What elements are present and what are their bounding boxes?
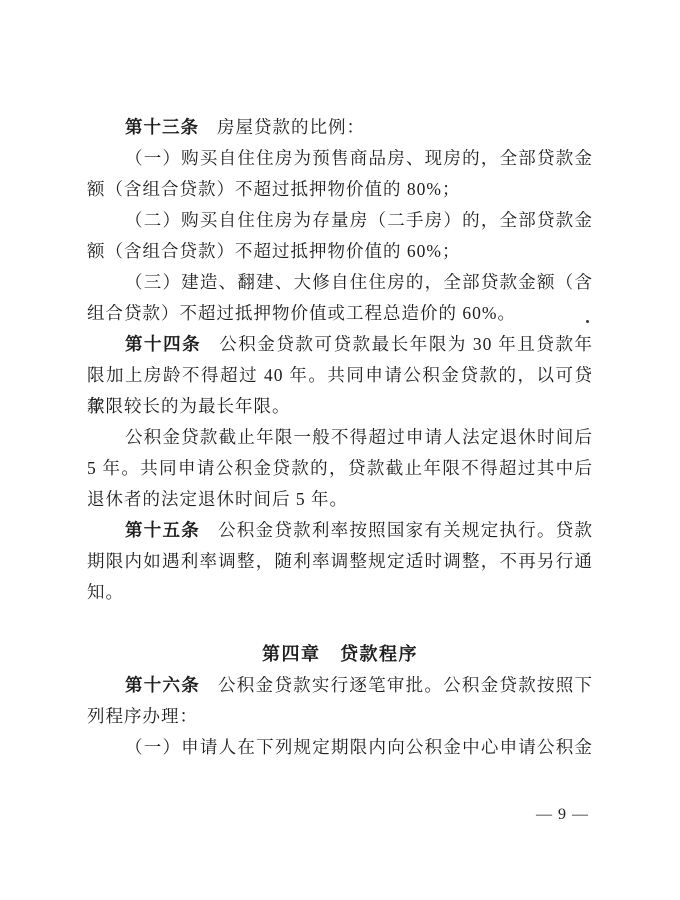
text-line: 期限内如遇利率调整，随利率调整规定适时调整，不再另行通 (87, 546, 593, 577)
line-text: 5 年。共同申请公积金贷款的，贷款截止年限不得超过其中后 (87, 458, 593, 478)
text-line: 列程序办理： (87, 701, 593, 732)
line-text: 额（含组合贷款）不超过抵押物价值的 60%； (87, 241, 460, 261)
line-text: （三）建造、翻建、大修自住住房的，全部贷款金额（含 (125, 272, 593, 292)
text-line-article-13: 第十三条房屋贷款的比例： (87, 112, 593, 143)
chapter-heading: 第四章 贷款程序 (87, 639, 593, 670)
line-text: （二）购买自住住房为存量房（二手房）的，全部贷款金 (125, 210, 593, 230)
page-number: — 9 — (536, 806, 596, 824)
text-line-article-16: 第十六条公积金贷款实行逐笔审批。公积金贷款按照下 (87, 670, 593, 701)
document-body: 第十三条房屋贷款的比例： （一）购买自住住房为预售商品房、现房的，全部贷款金 额… (87, 112, 593, 763)
text-line: 知。 (87, 577, 593, 608)
line-text: 期限内如遇利率调整，随利率调整规定适时调整，不再另行通 (87, 551, 593, 571)
line-text: （一）申请人在下列规定期限内向公积金中心申请公积金 (125, 737, 593, 757)
article-number: 第十五条 (125, 520, 200, 540)
text-line: 公积金贷款截止年限一般不得超过申请人法定退休时间后 (87, 422, 593, 453)
line-text: 公积金贷款实行逐笔审批。公积金贷款按照下 (218, 675, 593, 695)
article-number: 第十六条 (125, 675, 200, 695)
text-line: （一）申请人在下列规定期限内向公积金中心申请公积金 (87, 732, 593, 763)
text-line: （一）购买自住住房为预售商品房、现房的，全部贷款金 (87, 143, 593, 174)
scan-speck (586, 320, 589, 323)
line-text: 公积金贷款利率按照国家有关规定执行。贷款 (218, 520, 593, 540)
line-text: 退休者的法定退休时间后 5 年。 (87, 489, 348, 509)
text-line-article-14: 第十四条公积金贷款可贷款最长年限为 30 年且贷款年 (87, 329, 593, 360)
line-text: 额（含组合贷款）不超过抵押物价值的 80%； (87, 179, 460, 199)
article-number: 第十四条 (125, 334, 201, 354)
text-line: 额（含组合贷款）不超过抵押物价值的 80%； (87, 174, 593, 205)
line-text: 组合贷款）不超过抵押物价值或工程总造价的 60%。 (87, 303, 516, 323)
text-line: （三）建造、翻建、大修自住住房的，全部贷款金额（含 (87, 267, 593, 298)
text-line-article-15: 第十五条公积金贷款利率按照国家有关规定执行。贷款 (87, 515, 593, 546)
article-number: 第十三条 (125, 117, 199, 137)
text-line: 组合贷款）不超过抵押物价值或工程总造价的 60%。 (87, 298, 593, 329)
line-text: 年限较长的为最长年限。 (87, 396, 291, 416)
line-text: 列程序办理： (87, 706, 198, 726)
line-text: （一）购买自住住房为预售商品房、现房的，全部贷款金 (125, 148, 593, 168)
text-line: 额（含组合贷款）不超过抵押物价值的 60%； (87, 236, 593, 267)
text-line: 年限较长的为最长年限。 (87, 391, 593, 422)
text-line: 退休者的法定退休时间后 5 年。 (87, 484, 593, 515)
line-text: 公积金贷款可贷款最长年限为 30 年且贷款年 (219, 334, 593, 354)
text-line: （二）购买自住住房为存量房（二手房）的，全部贷款金 (87, 205, 593, 236)
text-line: 5 年。共同申请公积金贷款的，贷款截止年限不得超过其中后 (87, 453, 593, 484)
text-line: 限加上房龄不得超过 40 年。共同申请公积金贷款的，以可贷款 (87, 360, 593, 391)
line-text: 知。 (87, 582, 124, 602)
line-text: 公积金贷款截止年限一般不得超过申请人法定退休时间后 (125, 427, 593, 447)
line-text: 房屋贷款的比例： (217, 117, 365, 137)
